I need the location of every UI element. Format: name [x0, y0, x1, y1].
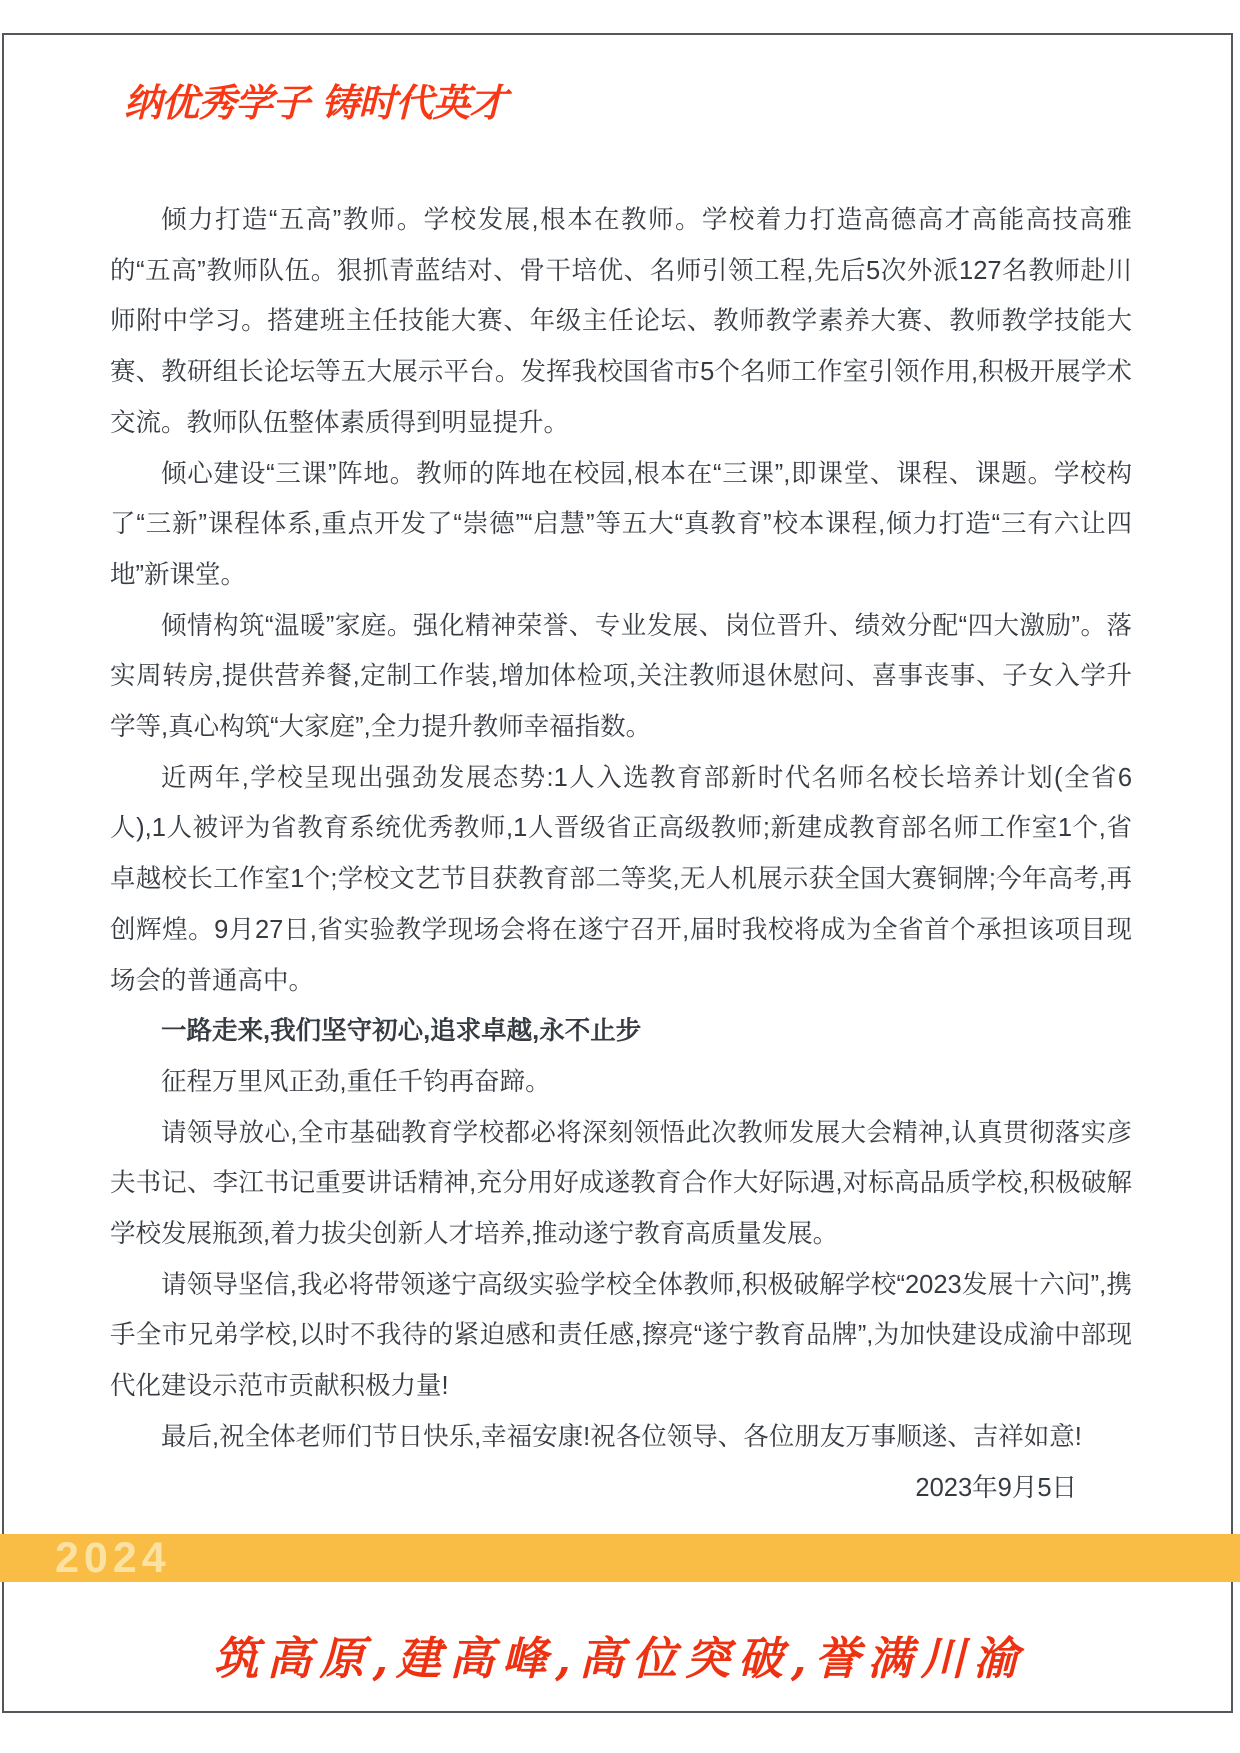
year-band: 2024 [0, 1534, 1240, 1582]
letter-body: 倾力打造“五高”教师。学校发展,根本在教师。学校着力打造高德高才高能高技高雅的“… [110, 195, 1132, 1513]
document-page: 纳优秀学子 铸时代英才 倾力打造“五高”教师。学校发展,根本在教师。学校着力打造… [0, 0, 1240, 1753]
year-badge: 2024 [55, 1534, 171, 1582]
date-line: 2023年9月5日 [110, 1463, 1132, 1514]
paragraph: 最后,祝全体老师们节日快乐,幸福安康!祝各位领导、各位朋友万事顺遂、吉祥如意! [110, 1412, 1132, 1463]
paragraph: 请领导放心,全市基础教育学校都必将深刻领悟此次教师发展大会精神,认真贯彻落实彦夫… [110, 1108, 1132, 1260]
paragraph: 请领导坚信,我必将带领遂宁高级实验学校全体教师,积极破解学校“2023发展十六问… [110, 1260, 1132, 1412]
paragraph: 征程万里风正劲,重任千钧再奋蹄。 [110, 1057, 1132, 1108]
paragraph: 近两年,学校呈现出强劲发展态势:1人入选教育部新时代名师名校长培养计划(全省6人… [110, 753, 1132, 1007]
closing-slogan-line: 一路走来,我们坚守初心,追求卓越,永不止步 [110, 1006, 1132, 1057]
paragraph: 倾力打造“五高”教师。学校发展,根本在教师。学校着力打造高德高才高能高技高雅的“… [110, 195, 1132, 449]
paragraph: 倾情构筑“温暖”家庭。强化精神荣誉、专业发展、岗位晋升、绩效分配“四大激励”。落… [110, 601, 1132, 753]
paragraph: 倾心建设“三课”阵地。教师的阵地在校园,根本在“三课”,即课堂、课程、课题。学校… [110, 449, 1132, 601]
footer-calligraphy: 筑高原,建高峰,高位突破,誉满川渝 [0, 1622, 1240, 1687]
header-calligraphy: 纳优秀学子 铸时代英才 [124, 72, 506, 127]
